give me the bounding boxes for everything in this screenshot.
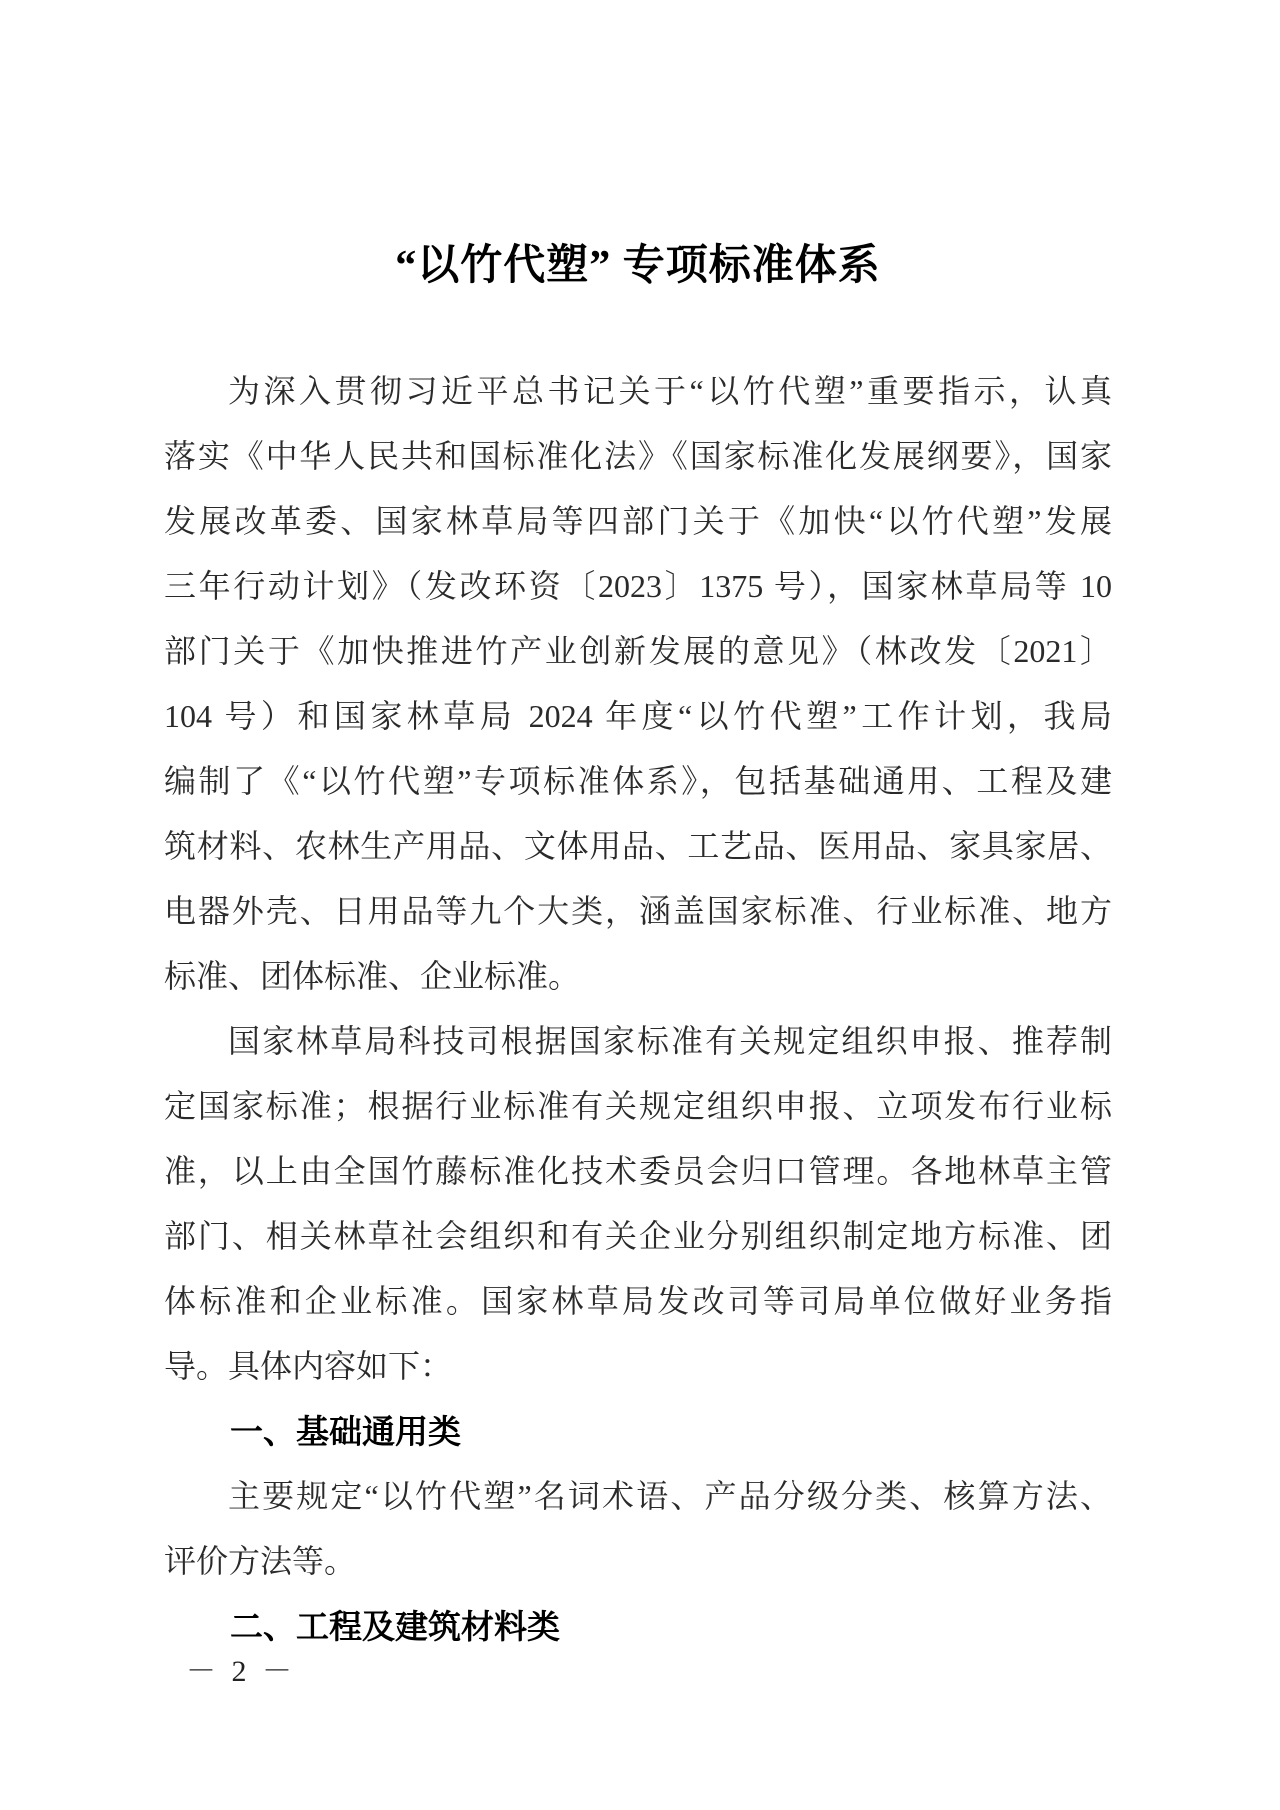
- section-heading-1: 一、基础通用类: [164, 1399, 1112, 1464]
- paragraph-line: 编制了《“以竹代塑”专项标准体系》，包括基础通用、工程及建: [164, 749, 1112, 814]
- paragraph-line: 部门关于《加快推进竹产业创新发展的意见》（林改发〔2021〕: [164, 619, 1112, 684]
- paragraph-line: 定国家标准；根据行业标准有关规定组织申报、立项发布行业标: [164, 1074, 1112, 1139]
- paragraph-1: 为深入贯彻习近平总书记关于“以竹代塑”重要指示，认真 落实《中华人民共和国标准化…: [164, 359, 1112, 1009]
- paragraph-line: 主要规定“以竹代塑”名词术语、产品分级分类、核算方法、: [164, 1464, 1112, 1529]
- document-title: “以竹代塑” 专项标准体系: [164, 236, 1112, 296]
- page-number: － 2 －: [186, 1652, 296, 1692]
- paragraph-line: 导。具体内容如下：: [164, 1334, 1112, 1399]
- paragraph-line: 标准、团体标准、企业标准。: [164, 944, 1112, 1009]
- paragraph-line: 电器外壳、日用品等九个大类，涵盖国家标准、行业标准、地方: [164, 879, 1112, 944]
- paragraph-line: 体标准和企业标准。国家林草局发改司等司局单位做好业务指: [164, 1269, 1112, 1334]
- paragraph-3: 主要规定“以竹代塑”名词术语、产品分级分类、核算方法、 评价方法等。: [164, 1464, 1112, 1594]
- paragraph-line: 落实《中华人民共和国标准化法》《国家标准化发展纲要》，国家: [164, 424, 1112, 489]
- section-heading-2: 二、工程及建筑材料类: [164, 1594, 1112, 1659]
- paragraph-line: 发展改革委、国家林草局等四部门关于《加快“以竹代塑”发展: [164, 489, 1112, 554]
- paragraph-line: 三年行动计划》（发改环资〔2023〕1375 号），国家林草局等 10: [164, 554, 1112, 619]
- paragraph-line: 104 号）和国家林草局 2024 年度“以竹代塑”工作计划，我局: [164, 684, 1112, 749]
- document-content: “以竹代塑” 专项标准体系 为深入贯彻习近平总书记关于“以竹代塑”重要指示，认真…: [164, 236, 1112, 1659]
- paragraph-line: 准，以上由全国竹藤标准化技术委员会归口管理。各地林草主管: [164, 1139, 1112, 1204]
- document-page: “以竹代塑” 专项标准体系 为深入贯彻习近平总书记关于“以竹代塑”重要指示，认真…: [0, 0, 1280, 1810]
- paragraph-line: 评价方法等。: [164, 1529, 1112, 1594]
- paragraph-line: 为深入贯彻习近平总书记关于“以竹代塑”重要指示，认真: [164, 359, 1112, 424]
- paragraph-line: 国家林草局科技司根据国家标准有关规定组织申报、推荐制: [164, 1009, 1112, 1074]
- paragraph-line: 部门、相关林草社会组织和有关企业分别组织制定地方标准、团: [164, 1204, 1112, 1269]
- paragraph-line: 筑材料、农林生产用品、文体用品、工艺品、医用品、家具家居、: [164, 814, 1112, 879]
- paragraph-2: 国家林草局科技司根据国家标准有关规定组织申报、推荐制 定国家标准；根据行业标准有…: [164, 1009, 1112, 1399]
